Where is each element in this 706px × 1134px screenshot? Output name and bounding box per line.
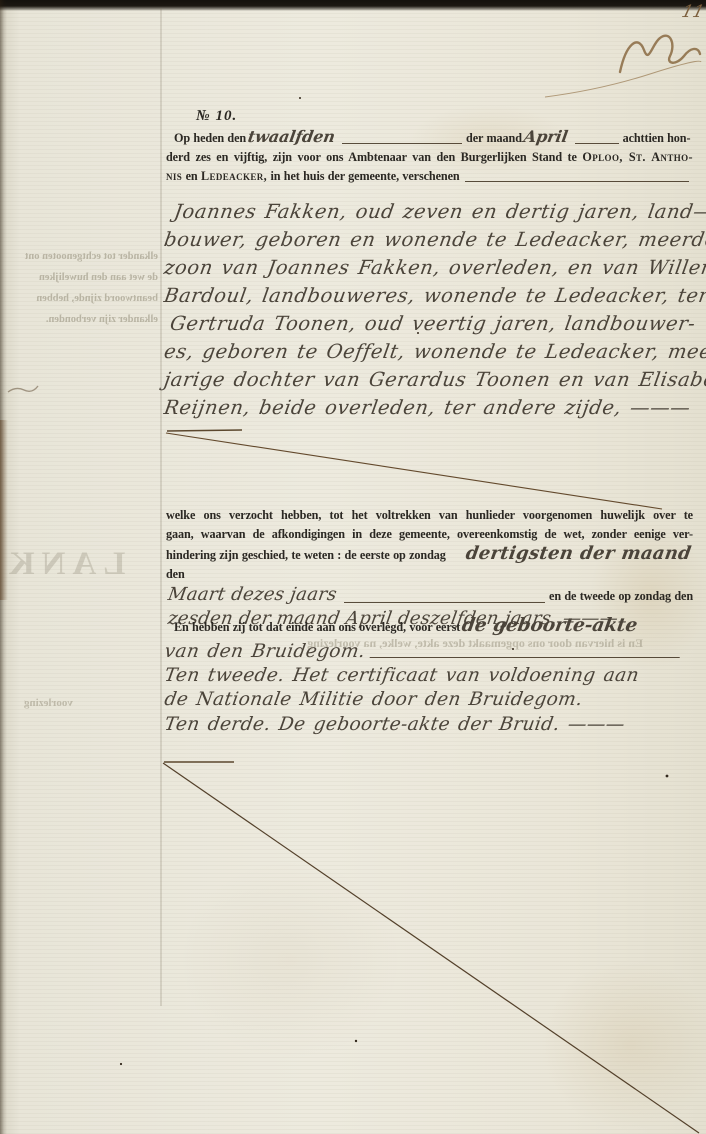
handwritten-line: Joannes Fakken, oud zeven en dertig jare… xyxy=(162,198,700,226)
appearers-handwritten-block: Joannes Fakken, oud zeven en dertig jare… xyxy=(162,198,696,422)
handwritten-first-sunday: dertigsten der maand xyxy=(464,544,692,563)
bleedthrough-text-left: elkander tot echtgenooten ont de wet aan… xyxy=(0,246,158,330)
binding-stain xyxy=(0,420,8,600)
fill-rule xyxy=(344,597,545,603)
act-number: № 10. xyxy=(196,108,237,125)
crossout-diagonal-2 xyxy=(163,763,699,1133)
opening-line-1: Op heden den twaalfden der maand April a… xyxy=(166,127,693,148)
handwritten-line: bouwer, geboren en wonende te Ledeacker,… xyxy=(162,226,700,254)
fill-rule xyxy=(575,138,619,144)
closing-dash-1 xyxy=(167,430,242,431)
printed-text: achttien hon- xyxy=(623,129,691,148)
paraph-tail-stroke xyxy=(545,61,701,97)
printed-text: der maand xyxy=(466,129,522,148)
handwritten-line: es, geboren te Oeffelt, wonende te Ledea… xyxy=(162,338,700,366)
announcement-line-1: welke ons verzocht hebben, tot het voltr… xyxy=(166,506,693,525)
scan-top-edge xyxy=(0,0,706,11)
handwritten-first-sunday-2: Maart dezes jaars xyxy=(166,584,338,606)
announcement-line-2: gaan, waarvan de afkondigingen in deze g… xyxy=(166,525,693,544)
municipality-name: nis xyxy=(166,167,182,186)
paper-stain xyxy=(180,860,400,1060)
handwritten-document-1: de geboorte-akte xyxy=(461,616,639,635)
handwritten-line: Reijnen, beide overleden, ter andere zij… xyxy=(162,394,700,422)
handwritten-line: zoon van Joannes Fakken, overleden, en v… xyxy=(162,254,700,282)
documents-intro-line: En hebben zij tot dat einde aan ons over… xyxy=(166,616,693,637)
crossout-diagonal-1 xyxy=(166,433,662,509)
fill-rule xyxy=(369,652,680,658)
documents-line-5: Ten derde. De geboorte-akte der Bruid. —… xyxy=(163,714,696,735)
handwritten-line: Bardoul, landbouweres, wonende te Ledeac… xyxy=(162,282,700,310)
printed-text: derd zes en vijftig, zijn voor ons Ambte… xyxy=(166,150,582,164)
documents-line-4: de Nationale Militie door den Bruidegom. xyxy=(163,689,696,710)
bleedthrough-fragment: voorlezing xyxy=(24,697,73,709)
documents-line-2: van den Bruidegom. xyxy=(163,641,696,662)
margin-pen-mark xyxy=(8,386,38,392)
printed-text: en xyxy=(186,167,198,186)
handwritten-line: Gertruda Toonen, oud veertig jaren, land… xyxy=(162,310,700,338)
announcement-paragraph: welke ons verzocht hebben, tot het voltr… xyxy=(166,506,693,632)
printed-text: in het huis der gemeente, verschenen xyxy=(270,167,459,186)
printed-text: En hebben zij tot dat einde aan ons over… xyxy=(166,618,460,637)
bleedthrough-stamp: LANK xyxy=(2,546,125,583)
marriage-act-scan: elkander tot echtgenooten ont de wet aan… xyxy=(0,0,706,1134)
fill-rule xyxy=(342,138,462,144)
municipality-name: Oploo, St. Antho- xyxy=(582,150,693,164)
opening-line-3: nis en Ledeacker, in het huis der gemeen… xyxy=(166,167,693,186)
fill-rule xyxy=(465,176,689,182)
handwritten-line: jarige dochter van Gerardus Toonen en va… xyxy=(162,366,700,394)
opening-line-2: derd zes en vijftig, zijn voor ons Ambte… xyxy=(166,148,693,167)
municipality-name: Ledeacker, xyxy=(201,167,267,186)
documents-line-3: Ten tweede. Het certificaat van voldoeni… xyxy=(163,665,696,686)
handwritten-month: April xyxy=(522,127,569,146)
printed-text: Op heden den xyxy=(174,129,246,148)
printed-text: hindering zijn geschied, te weten : de e… xyxy=(166,546,464,584)
announcement-line-3: hindering zijn geschied, te weten : de e… xyxy=(166,544,693,584)
page-number: 11 xyxy=(680,2,706,22)
paraph-initials-mark xyxy=(620,36,700,72)
opening-formula: Op heden den twaalfden der maand April a… xyxy=(166,127,693,186)
printed-text: en de tweede op zondag den xyxy=(549,585,693,607)
announcement-line-4: Maart dezes jaars en de tweede op zondag… xyxy=(166,584,693,607)
handwritten-document-1b: van den Bruidegom. xyxy=(163,641,367,662)
handwritten-day: twaalfden xyxy=(247,127,337,146)
paper-stain xyxy=(540,960,706,1130)
